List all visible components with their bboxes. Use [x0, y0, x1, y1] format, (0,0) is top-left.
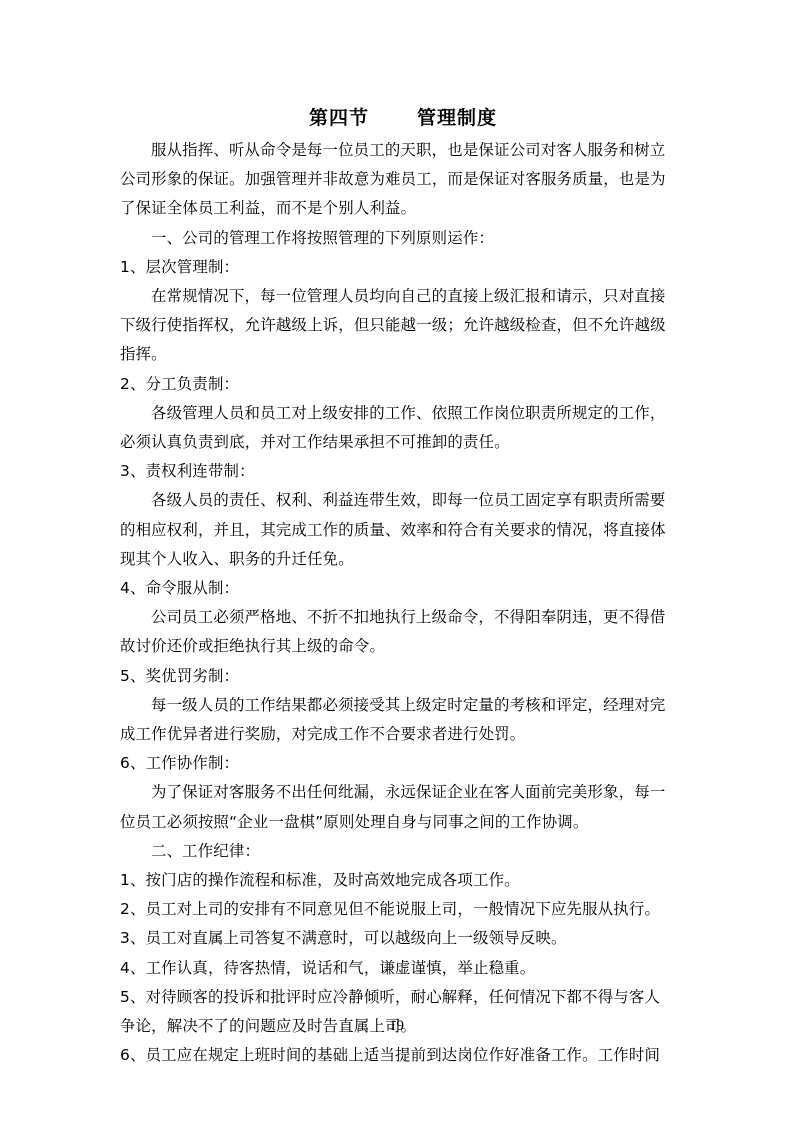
- text-line: 4、工作认真，待客热情，说话和气，谦虚谨慎，举止稳重。: [120, 954, 686, 983]
- text-line: 每一级人员的工作结果都必须接受其上级定时定量的考核和评定，经理对完: [120, 691, 686, 720]
- text-line: 各级人员的责任、权利、利益连带生效，即每一位员工固定享有职责所需要: [120, 486, 686, 515]
- text-line: 必须认真负责到底，并对工作结果承担不可推卸的责任。: [120, 428, 686, 457]
- text-line: 指挥。: [120, 340, 686, 369]
- text-line: 1、层次管理制：: [120, 253, 686, 282]
- text-line: 位员工必须按照“企业一盘棋”原则处理自身与同事之间的工作协调。: [120, 808, 686, 837]
- text-line: 故讨价还价或拒绝执行其上级的命令。: [120, 632, 686, 661]
- text-line: 成工作优异者进行奖励，对完成工作不合要求者进行处罚。: [120, 720, 686, 749]
- text-line: 6、工作协作制：: [120, 749, 686, 778]
- text-line: 公司员工必须严格地、不折不扣地执行上级命令，不得阳奉阴违，更不得借: [120, 603, 686, 632]
- text-line: 下级行使指挥权，允许越级上诉，但只能越一级；允许越级检查，但不允许越级: [120, 311, 686, 340]
- text-line: 了保证全体员工利益，而不是个别人利益。: [120, 194, 686, 223]
- text-line: 二、工作纪律：: [120, 837, 686, 866]
- text-line: 的相应权利，并且，其完成工作的质量、效率和符合有关要求的情况，将直接体: [120, 516, 686, 545]
- text-line: 5、奖优罚劣制：: [120, 662, 686, 691]
- text-line: 各级管理人员和员工对上级安排的工作、依照工作岗位职责所规定的工作，: [120, 399, 686, 428]
- document-body: 服从指挥、听从命令是每一位员工的天职，也是保证公司对客人服务和树立公司形象的保证…: [120, 136, 686, 1071]
- text-line: 6、员工应在规定上班时间的基础上适当提前到达岗位作好准备工作。工作时间: [120, 1041, 686, 1070]
- text-line: 服从指挥、听从命令是每一位员工的天职，也是保证公司对客人服务和树立: [120, 136, 686, 165]
- text-line: 3、员工对直属上司答复不满意时，可以越级向上一级领导反映。: [120, 924, 686, 953]
- text-line: 1、按门店的操作流程和标准，及时高效地完成各项工作。: [120, 866, 686, 895]
- text-line: 公司形象的保证。加强管理并非故意为难员工，而是保证对客服务质量，也是为: [120, 165, 686, 194]
- text-line: 在常规情况下，每一位管理人员均向自己的直接上级汇报和请示，只对直接: [120, 282, 686, 311]
- text-line: 2、分工负责制：: [120, 370, 686, 399]
- section-title: 第四节管理制度: [120, 100, 686, 136]
- text-line: 现其个人收入、职务的升迁任免。: [120, 545, 686, 574]
- text-line: 3、责权利连带制：: [120, 457, 686, 486]
- text-line: 4、命令服从制：: [120, 574, 686, 603]
- section-number: 第四节: [309, 107, 369, 129]
- text-line: 2、员工对上司的安排有不同意见但不能说服上司，一般情况下应先服从执行。: [120, 895, 686, 924]
- text-line: 为了保证对客服务不出任何纰漏，永远保证企业在客人面前完美形象，每一: [120, 778, 686, 807]
- document-page: 第四节管理制度 服从指挥、听从命令是每一位员工的天职，也是保证公司对客人服务和树…: [120, 100, 686, 1071]
- text-line: 一、公司的管理工作将按照管理的下列原则运作：: [120, 224, 686, 253]
- text-line: 5、对待顾客的投诉和批评时应冷静倾听，耐心解释，任何情况下都不得与客人: [120, 983, 686, 1012]
- section-name: 管理制度: [417, 107, 497, 129]
- page-number: 19: [0, 1018, 793, 1035]
